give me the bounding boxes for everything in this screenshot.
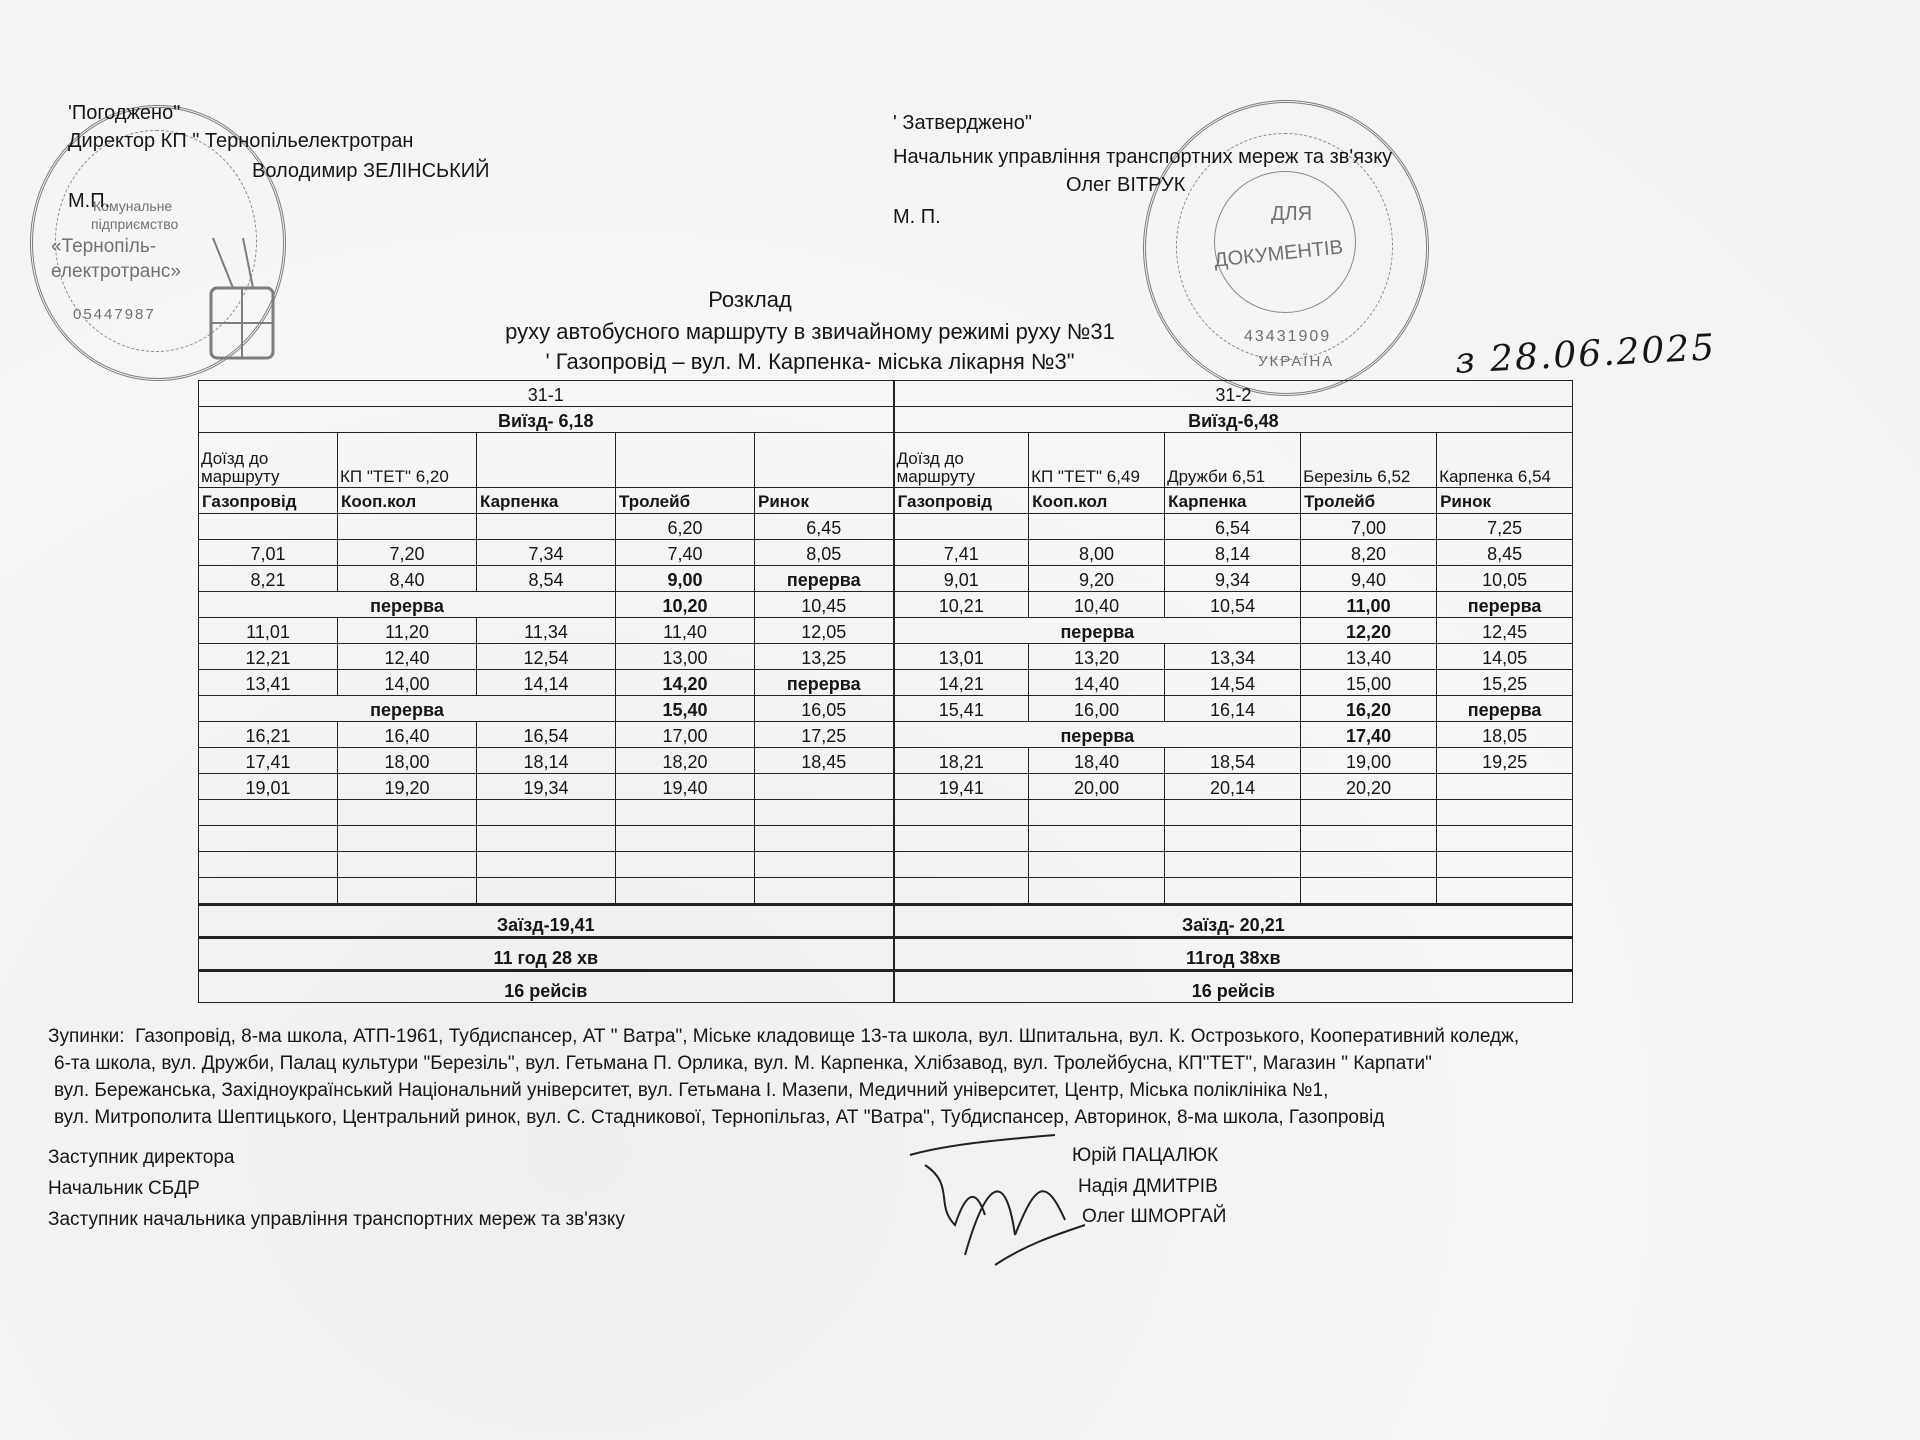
time-cell: 7,20: [338, 540, 477, 566]
time-cell: 20,00: [1029, 774, 1165, 800]
time-cell: [1165, 826, 1301, 852]
column-header: Кооп.кол: [1029, 488, 1165, 514]
table-row: 16 рейсів16 рейсів: [199, 971, 1573, 1003]
time-cell: 11,20: [338, 618, 477, 644]
time-cell: [894, 514, 1029, 540]
time-cell: 16,14: [1165, 696, 1301, 722]
time-cell: 9,00: [616, 566, 755, 592]
time-cell: [1029, 852, 1165, 878]
break-cell: перерва: [199, 592, 616, 618]
time-cell: 14,40: [1029, 670, 1165, 696]
left-stamp-line: підприємство: [91, 216, 178, 232]
departure-time: Виїзд-6,48: [894, 407, 1573, 433]
summary-return: Заїзд- 20,21: [894, 905, 1573, 938]
time-cell: [616, 800, 755, 826]
time-cell: 18,45: [755, 748, 894, 774]
time-cell: [616, 878, 755, 905]
table-row: Доїзд до маршрутуКП "ТЕТ" 6,20Доїзд до м…: [199, 433, 1573, 488]
time-cell: 11,00: [1301, 592, 1437, 618]
time-cell: [338, 826, 477, 852]
column-header: Газопровід: [199, 488, 338, 514]
time-cell: 17,41: [199, 748, 338, 774]
table-row: 31-131-2: [199, 381, 1573, 407]
signature-role: Начальник СБДР: [48, 1178, 200, 1200]
time-cell: 11,40: [616, 618, 755, 644]
time-cell: 13,25: [755, 644, 894, 670]
time-cell: [477, 852, 616, 878]
doc-subtitle: руху автобусного маршруту в звичайному р…: [440, 318, 1180, 346]
table-row: 13,4114,0014,1414,20перерва14,2114,4014,…: [199, 670, 1573, 696]
table-row: перерва10,2010,4510,2110,4010,5411,00пер…: [199, 592, 1573, 618]
time-cell: 9,34: [1165, 566, 1301, 592]
pre-route-cell: [616, 433, 755, 488]
column-header: Карпенка: [477, 488, 616, 514]
time-cell: [1165, 852, 1301, 878]
table-row: перерва15,4016,0515,4116,0016,1416,20пер…: [199, 696, 1573, 722]
time-cell: 13,01: [894, 644, 1029, 670]
approved-name: Олег ВІТРУК: [1066, 172, 1185, 198]
table-row: 12,2112,4012,5413,0013,2513,0113,2013,34…: [199, 644, 1573, 670]
stops-list: Зупинки: Газопровід, 8-ма школа, АТП-196…: [48, 1023, 1519, 1131]
table-row: 7,017,207,347,408,057,418,008,148,208,45: [199, 540, 1573, 566]
time-cell: [616, 826, 755, 852]
left-stamp-line: 05447987: [73, 306, 156, 323]
pre-route-cell: Доїзд до маршруту: [894, 433, 1029, 488]
time-cell: 19,01: [199, 774, 338, 800]
pre-route-cell: КП "ТЕТ" 6,20: [338, 433, 477, 488]
time-cell: 13,40: [1301, 644, 1437, 670]
stops-line: 6-та школа, вул. Дружби, Палац культури …: [48, 1050, 1519, 1077]
time-cell: 10,45: [755, 592, 894, 618]
time-cell: 10,21: [894, 592, 1029, 618]
time-cell: 14,00: [338, 670, 477, 696]
time-cell: 16,21: [199, 722, 338, 748]
time-cell: 7,01: [199, 540, 338, 566]
pre-route-cell: Доїзд до маршруту: [199, 433, 338, 488]
time-cell: [1029, 514, 1165, 540]
approved-seal-mark: М. П.: [893, 204, 941, 230]
time-cell: 13,20: [1029, 644, 1165, 670]
time-cell: 10,40: [1029, 592, 1165, 618]
time-cell: 12,45: [1437, 618, 1573, 644]
time-cell: 7,34: [477, 540, 616, 566]
time-cell: 15,41: [894, 696, 1029, 722]
time-cell: 7,40: [616, 540, 755, 566]
handwritten-signatures: [905, 1125, 1105, 1275]
stops-line: вул. Митрополита Шептицького, Центральни…: [48, 1104, 1519, 1131]
time-cell: [755, 878, 894, 905]
time-cell: [1301, 826, 1437, 852]
time-cell: 8,54: [477, 566, 616, 592]
time-cell: перерва: [1437, 696, 1573, 722]
time-cell: 9,40: [1301, 566, 1437, 592]
time-cell: 10,54: [1165, 592, 1301, 618]
time-cell: 12,21: [199, 644, 338, 670]
pre-route-cell: Березіль 6,52: [1301, 433, 1437, 488]
time-cell: [1437, 878, 1573, 905]
time-cell: 12,20: [1301, 618, 1437, 644]
time-cell: 8,05: [755, 540, 894, 566]
time-cell: 19,41: [894, 774, 1029, 800]
doc-title: Розклад: [440, 286, 1060, 314]
time-cell: 7,25: [1437, 514, 1573, 540]
time-cell: 15,40: [616, 696, 755, 722]
time-cell: [1437, 852, 1573, 878]
table-row: 6,206,456,547,007,25: [199, 514, 1573, 540]
column-header: Газопровід: [894, 488, 1029, 514]
table-row: Заїзд-19,41Заїзд- 20,21: [199, 905, 1573, 938]
time-cell: 8,14: [1165, 540, 1301, 566]
time-cell: 7,41: [894, 540, 1029, 566]
time-cell: 20,20: [1301, 774, 1437, 800]
time-cell: [1437, 774, 1573, 800]
column-header: Ринок: [755, 488, 894, 514]
time-cell: 17,00: [616, 722, 755, 748]
time-cell: [1029, 878, 1165, 905]
time-cell: 14,54: [1165, 670, 1301, 696]
time-cell: [1301, 852, 1437, 878]
time-cell: [199, 514, 338, 540]
time-cell: 9,01: [894, 566, 1029, 592]
time-cell: [894, 826, 1029, 852]
right-stamp-line: ДЛЯ: [1271, 203, 1312, 226]
time-cell: [1301, 878, 1437, 905]
time-cell: [477, 514, 616, 540]
time-cell: [477, 826, 616, 852]
time-cell: [199, 878, 338, 905]
signature-role: Заступник начальника управління транспор…: [48, 1209, 625, 1231]
time-cell: [1437, 800, 1573, 826]
table-row: 8,218,408,549,00перерва9,019,209,349,401…: [199, 566, 1573, 592]
time-cell: 19,34: [477, 774, 616, 800]
time-cell: 12,05: [755, 618, 894, 644]
time-cell: [894, 878, 1029, 905]
time-cell: 14,21: [894, 670, 1029, 696]
time-cell: 16,54: [477, 722, 616, 748]
time-cell: [755, 774, 894, 800]
departure-time: Виїзд- 6,18: [199, 407, 894, 433]
agreed-name: Володимир ЗЕЛІНСЬКИЙ: [252, 158, 490, 184]
time-cell: 16,05: [755, 696, 894, 722]
time-cell: 13,00: [616, 644, 755, 670]
time-cell: [199, 800, 338, 826]
time-cell: 19,20: [338, 774, 477, 800]
stops-line: Зупинки: Газопровід, 8-ма школа, АТП-196…: [48, 1023, 1519, 1050]
pre-route-cell: [755, 433, 894, 488]
column-header: Кооп.кол: [338, 488, 477, 514]
time-cell: 16,00: [1029, 696, 1165, 722]
block-name: 31-2: [894, 381, 1573, 407]
pre-route-cell: Карпенка 6,54: [1437, 433, 1573, 488]
table-row: [199, 852, 1573, 878]
break-cell: перерва: [894, 618, 1301, 644]
column-header: Тролейб: [616, 488, 755, 514]
time-cell: [616, 852, 755, 878]
time-cell: [477, 878, 616, 905]
break-cell: перерва: [894, 722, 1301, 748]
time-cell: 18,54: [1165, 748, 1301, 774]
table-row: ГазопровідКооп.колКарпенкаТролейбРинокГа…: [199, 488, 1573, 514]
table-row: 19,0119,2019,3419,4019,4120,0020,1420,20: [199, 774, 1573, 800]
time-cell: [199, 852, 338, 878]
summary-trips: 16 рейсів: [199, 971, 894, 1003]
table-row: 16,2116,4016,5417,0017,25перерва17,4018,…: [199, 722, 1573, 748]
time-cell: [338, 852, 477, 878]
time-cell: 19,25: [1437, 748, 1573, 774]
time-cell: перерва: [1437, 592, 1573, 618]
time-cell: 18,20: [616, 748, 755, 774]
time-cell: 10,05: [1437, 566, 1573, 592]
time-cell: 14,14: [477, 670, 616, 696]
time-cell: 19,00: [1301, 748, 1437, 774]
table-row: [199, 878, 1573, 905]
time-cell: 12,54: [477, 644, 616, 670]
time-cell: 7,00: [1301, 514, 1437, 540]
time-cell: [1437, 826, 1573, 852]
stops-label: Зупинки:: [48, 1026, 125, 1047]
time-cell: 14,05: [1437, 644, 1573, 670]
time-cell: 6,45: [755, 514, 894, 540]
time-cell: 13,41: [199, 670, 338, 696]
time-cell: перерва: [755, 670, 894, 696]
pre-route-cell: [477, 433, 616, 488]
time-cell: 19,40: [616, 774, 755, 800]
time-cell: 18,40: [1029, 748, 1165, 774]
table-row: [199, 800, 1573, 826]
summary-duration: 11год 38хв: [894, 938, 1573, 971]
table-row: 11,0111,2011,3411,4012,05перерва12,2012,…: [199, 618, 1573, 644]
time-cell: 13,34: [1165, 644, 1301, 670]
time-cell: 18,21: [894, 748, 1029, 774]
time-cell: [894, 800, 1029, 826]
summary-trips: 16 рейсів: [894, 971, 1573, 1003]
route-name: ' Газопровід – вул. М. Карпенка- міська …: [440, 348, 1180, 376]
time-cell: 8,45: [1437, 540, 1573, 566]
approved-position: Начальник управління транспортних мереж …: [893, 144, 1392, 170]
time-cell: 8,20: [1301, 540, 1437, 566]
time-cell: 16,20: [1301, 696, 1437, 722]
time-cell: 18,14: [477, 748, 616, 774]
right-stamp-line: 43431909: [1244, 328, 1331, 346]
time-cell: [1029, 800, 1165, 826]
time-cell: 15,25: [1437, 670, 1573, 696]
time-cell: [1165, 800, 1301, 826]
time-cell: 16,40: [338, 722, 477, 748]
right-stamp-line: УКРАЇНА: [1258, 353, 1334, 370]
left-stamp-line: «Тернопіль-: [51, 236, 156, 258]
time-cell: 10,20: [616, 592, 755, 618]
table-row: [199, 826, 1573, 852]
time-cell: 9,20: [1029, 566, 1165, 592]
time-cell: 12,40: [338, 644, 477, 670]
pre-route-cell: Дружби 6,51: [1165, 433, 1301, 488]
time-cell: [1301, 800, 1437, 826]
table-row: Виїзд- 6,18Виїзд-6,48: [199, 407, 1573, 433]
time-cell: 18,05: [1437, 722, 1573, 748]
time-cell: перерва: [755, 566, 894, 592]
time-cell: 18,00: [338, 748, 477, 774]
time-cell: 15,00: [1301, 670, 1437, 696]
time-cell: [755, 852, 894, 878]
time-cell: [338, 800, 477, 826]
time-cell: 17,40: [1301, 722, 1437, 748]
time-cell: 6,54: [1165, 514, 1301, 540]
signature-role: Заступник директора: [48, 1147, 235, 1169]
schedule-table: 31-131-2Виїзд- 6,18Виїзд-6,48Доїзд до ма…: [198, 380, 1573, 1003]
agreed-position: Директор КП " Тернопільелектротран: [68, 128, 413, 154]
time-cell: [1165, 878, 1301, 905]
time-cell: 8,21: [199, 566, 338, 592]
time-cell: 11,34: [477, 618, 616, 644]
time-cell: 6,20: [616, 514, 755, 540]
time-cell: [338, 514, 477, 540]
column-header: Ринок: [1437, 488, 1573, 514]
time-cell: 20,14: [1165, 774, 1301, 800]
block-name: 31-1: [199, 381, 894, 407]
time-cell: 17,25: [755, 722, 894, 748]
time-cell: [894, 852, 1029, 878]
time-cell: 11,01: [199, 618, 338, 644]
column-header: Тролейб: [1301, 488, 1437, 514]
table-row: 17,4118,0018,1418,2018,4518,2118,4018,54…: [199, 748, 1573, 774]
agreed-seal-mark: М.П.: [68, 188, 110, 214]
table-row: 11 год 28 хв11год 38хв: [199, 938, 1573, 971]
time-cell: 14,20: [616, 670, 755, 696]
time-cell: [477, 800, 616, 826]
pre-route-cell: КП "ТЕТ" 6,49: [1029, 433, 1165, 488]
time-cell: [755, 800, 894, 826]
break-cell: перерва: [199, 696, 616, 722]
summary-duration: 11 год 28 хв: [199, 938, 894, 971]
trolleybus-icon: [203, 238, 283, 368]
left-stamp-line: електротранс»: [51, 261, 181, 283]
time-cell: 8,00: [1029, 540, 1165, 566]
time-cell: 8,40: [338, 566, 477, 592]
time-cell: [755, 826, 894, 852]
time-cell: [199, 826, 338, 852]
agreed-label: 'Погоджено": [68, 100, 180, 126]
time-cell: [338, 878, 477, 905]
stops-line: вул. Бережанська, Західноукраїнський Нац…: [48, 1077, 1519, 1104]
time-cell: [1029, 826, 1165, 852]
column-header: Карпенка: [1165, 488, 1301, 514]
approved-label: ' Затверджено": [893, 110, 1032, 136]
summary-return: Заїзд-19,41: [199, 905, 894, 938]
